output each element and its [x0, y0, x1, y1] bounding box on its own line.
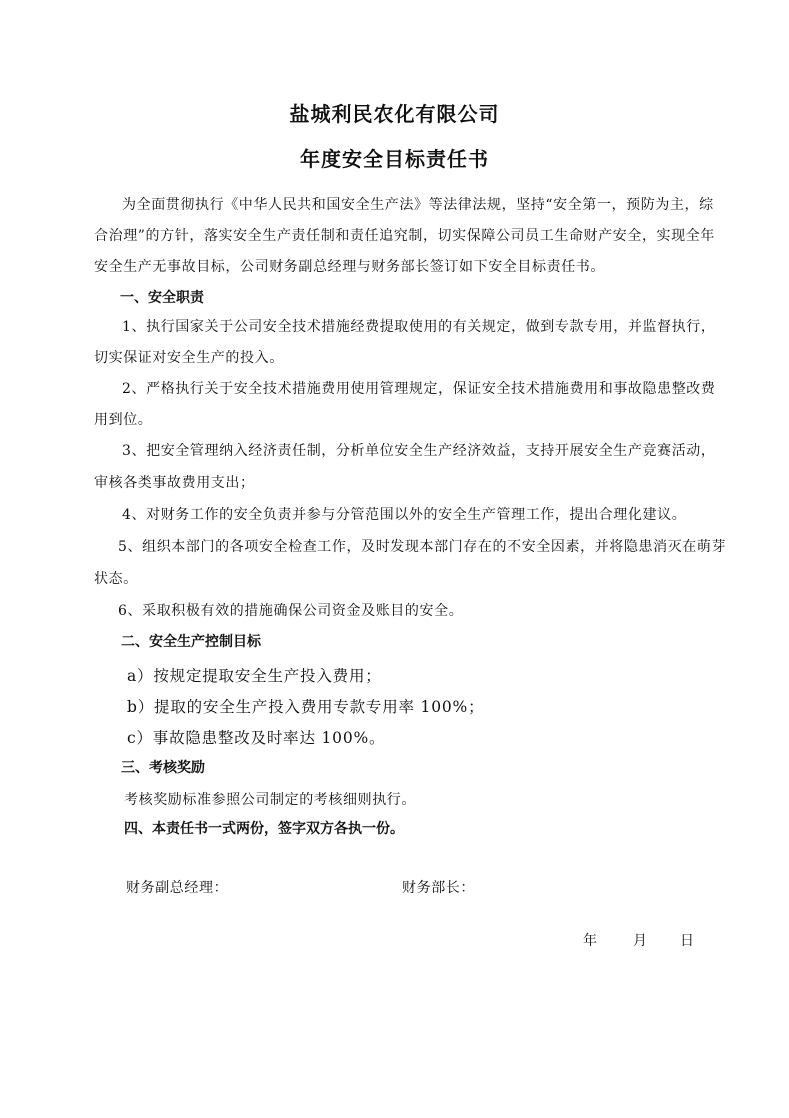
target-a: a）按规定提取安全生产投入费用；: [127, 664, 382, 686]
duty-1-line-1: 1、执行国家关于公司安全技术措施经费提取使用的有关规定，做到专款专用，并监督执行…: [122, 316, 716, 336]
company-name: 盐城利民农化有限公司: [0, 98, 789, 127]
date-month: 月: [633, 930, 648, 950]
duty-3-line-2: 审核各类事故费用支出；: [94, 472, 255, 492]
section1-heading: 一、安全职责: [120, 287, 204, 307]
document-title: 年度安全目标责任书: [0, 143, 789, 172]
duty-1-line-2: 切实保证对安全生产的投入。: [94, 347, 284, 367]
duty-5-line-1: 5、组织本部门的各项安全检查工作，及时发现本部门存在的不安全因素，并将隐患消灭在…: [118, 536, 726, 556]
duty-6: 6、采取积极有效的措施确保公司资金及账目的安全。: [118, 600, 463, 620]
intro-line-1: 为全面贯彻执行《中华人民共和国安全生产法》等法律法规，坚持“安全第一，预防为主，…: [122, 194, 714, 214]
duty-3-line-1: 3、把安全管理纳入经济责任制，分析单位安全生产经济效益，支持开展安全生产竞赛活动…: [122, 440, 716, 460]
signature-finance-head: 财务部长：: [402, 877, 475, 897]
section4-heading: 四、本责任书一式两份，签字双方各执一份。: [124, 818, 404, 838]
date-year: 年: [583, 930, 598, 950]
section2-heading: 二、安全生产控制目标: [121, 631, 261, 651]
duty-5-line-2: 状态。: [94, 568, 138, 588]
duty-2-line-1: 2、严格执行关于安全技术措施费用使用管理规定，保证安全技术措施费用和事故隐患整改…: [122, 378, 716, 398]
duty-4: 4、对财务工作的安全负责并参与分管范围以外的安全生产管理工作，提出合理化建议。: [122, 504, 686, 524]
duty-2-line-2: 用到位。: [94, 409, 152, 429]
signature-deputy-gm: 财务副总经理：: [126, 877, 228, 897]
intro-line-3: 安全生产无事故目标，公司财务副总经理与财务部长签订如下安全目标责任书。: [94, 256, 605, 276]
intro-line-2: 合治理”的方针，落实安全生产责任制和责任追究制，切实保障公司员工生命财产安全，实…: [94, 225, 715, 245]
section3-text: 考核奖励标准参照公司制定的考核细则执行。: [124, 789, 416, 809]
section3-heading: 三、考核奖励: [121, 757, 205, 777]
target-c: c）事故隐患整改及时率达 100%。: [127, 726, 385, 748]
date-day: 日: [680, 930, 695, 950]
target-b: b）提取的安全生产投入费用专款专用率 100%；: [127, 695, 484, 717]
